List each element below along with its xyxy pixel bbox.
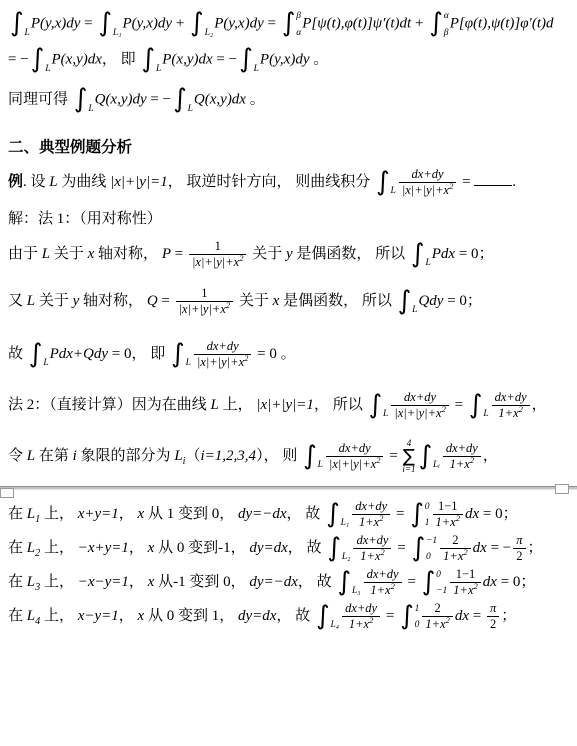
math-run: P(y,x)dy [31, 15, 81, 31]
text-run: ）， 则 [256, 448, 301, 464]
text-run: 在 [8, 608, 27, 624]
integral-limits: L [88, 86, 93, 114]
math-run: |x|+|y|=1 [256, 397, 314, 413]
integral-upper-limit [43, 343, 48, 352]
text-run: 从-1 变到 0， [154, 574, 249, 590]
integral-lower-limit: L₄ [330, 621, 339, 631]
math-upright-run: 1 [201, 286, 207, 300]
math-run: |x|+|y|+x2 [402, 183, 454, 197]
math-upright-run: = [264, 15, 280, 31]
math-upright-run: = 0 [253, 346, 276, 362]
integral-lower-limit: L [318, 461, 323, 471]
fraction-numerator: dx+dy [492, 390, 530, 405]
text-run: 从 1 变到 0， [144, 506, 238, 522]
integral: ∫L [74, 86, 94, 114]
integral: ∫L [303, 443, 323, 471]
integral-upper-limit [433, 445, 440, 454]
math-upright-run: 2 [516, 549, 522, 563]
math-run: P(x,y)dx [162, 51, 212, 67]
text-run: ， [119, 608, 138, 624]
math-run: L1 [27, 506, 40, 522]
integral-upper-limit: −1 [426, 537, 437, 547]
solution-method1-label: 解：法 1：（用对称性） [8, 210, 577, 229]
section-heading: 二、典型例题分析 [8, 138, 577, 157]
text-run: 由于 [8, 246, 42, 262]
integral: ∫L [469, 392, 489, 420]
integral-lower-limit: L₂ [205, 29, 214, 39]
math-upright-run: = 0 [443, 293, 466, 309]
integral-lower-limit: L [186, 359, 191, 369]
method1-step2: 又 L 关于 y 轴对称， Q = 1|x|+|y|+x2 关于 x 是偶函数，… [8, 286, 577, 317]
superscript: 2 [519, 404, 523, 414]
integral-limits: L₁ [341, 501, 350, 529]
integral-sign-icon: ∫ [376, 169, 390, 197]
math-run: |x|+|y|=1 [110, 174, 168, 190]
text-run: 上， [40, 608, 78, 624]
integral-lower-limit: β [444, 29, 449, 39]
integral-sign-icon: ∫ [282, 10, 296, 38]
integral-lower-limit: L [391, 187, 396, 197]
integral-lower-limit: 1 [425, 519, 430, 529]
integral-sign-icon: ∫ [368, 392, 382, 420]
math-run: Q(x,y)dx [194, 91, 246, 107]
math-run: dx+dy [367, 567, 399, 581]
math-upright-run: = − [8, 51, 29, 67]
text-run: ； [467, 293, 482, 309]
integral-upper-limit [156, 48, 161, 57]
fraction: 1|x|+|y|+x2 [189, 239, 247, 270]
integral-sign-icon: ∫ [171, 341, 185, 369]
integral-upper-limit: β [296, 12, 301, 22]
integral-sign-icon: ∫ [74, 86, 88, 114]
integral-limits: βα [296, 10, 301, 38]
text-run: 解：法 1：（用对称性） [8, 211, 162, 227]
text-run: 在 [8, 506, 27, 522]
text-run: 轴对称， [94, 246, 162, 262]
integral-limits: L₃ [352, 569, 361, 597]
math-run: dx+dy [207, 339, 239, 353]
text-run: 上， [219, 397, 257, 413]
math-run: dy=dx [238, 608, 276, 624]
method1-step1: 由于 L 关于 x 轴对称， P = 1|x|+|y|+x2 关于 y 是偶函数… [8, 239, 577, 270]
text-run: 。 [277, 346, 296, 362]
math-upright-run: = 0 [108, 346, 131, 362]
integral: ∫L [29, 341, 49, 369]
fraction: dx+dy1+x2 [443, 441, 481, 472]
fraction-denominator: |x|+|y|+x2 [391, 405, 449, 421]
integral-upper-limit [391, 171, 396, 180]
fraction-denominator: |x|+|y|+x2 [399, 182, 457, 198]
integral-lower-limit: L [412, 306, 417, 316]
integral-limits: 10 [415, 603, 420, 631]
math-run: Li [174, 448, 185, 464]
integral-sign-icon: ∫ [327, 535, 341, 563]
integral: ∫αβ [429, 10, 449, 38]
integral-sign-icon: ∫ [239, 46, 253, 74]
integral-lower-limit: L [425, 259, 430, 269]
text-run: ， [483, 448, 498, 464]
text-run: 从 0 变到-1， [154, 540, 249, 556]
fraction: dx+dy1+x2 [364, 567, 402, 598]
integral: ∫L [411, 241, 431, 269]
math-run: |x|+|y|+x2 [179, 302, 231, 316]
integral-upper-limit [254, 48, 259, 57]
math-run: P(y,x)dy [123, 15, 173, 31]
math-upright-run: = [158, 293, 174, 309]
math-run: P[ψ(t),φ(t)]ψ′(t)dt [302, 15, 411, 31]
math-upright-run: 2 [490, 617, 496, 631]
superscript: 2 [442, 404, 446, 414]
segment-L1: 在 L1 上， x+y=1， x 从 1 变到 0， dy=−dx， 故 ∫L₁… [8, 499, 577, 530]
text-run: 法 2：（直接计算）因为在曲线 [8, 397, 211, 413]
fraction: 1|x|+|y|+x2 [176, 286, 234, 317]
integral-sign-icon: ∫ [31, 46, 45, 74]
math-run: 1+x2 [443, 549, 467, 563]
integral-sign-icon: ∫ [303, 443, 317, 471]
integral: ∫L₁ [326, 501, 349, 529]
math-run: P(y,x)dy [214, 15, 264, 31]
text-run: 象限的部分为 [77, 448, 175, 464]
integral: ∫Lᵢ [418, 443, 439, 471]
text-run: 是偶函数， 所以 [293, 246, 409, 262]
math-upright-run: 2 [434, 601, 440, 615]
fraction-numerator: dx+dy [364, 567, 402, 582]
text-run: ； [528, 540, 543, 556]
math-run: Qdy [418, 293, 443, 309]
text-run: 上， [40, 506, 78, 522]
superscript: 2 [244, 353, 248, 363]
fraction-numerator: dx+dy [399, 167, 457, 182]
math-run: 1+x2 [498, 406, 522, 420]
integral: ∫L [376, 169, 396, 197]
integral-lower-limit: Lᵢ [433, 461, 440, 471]
segment-L3: 在 L3 上， −x−y=1， x 从-1 变到 0， dy=−dx， 故 ∫L… [8, 567, 577, 598]
math-run: L3 [27, 574, 40, 590]
math-run: L [49, 174, 57, 190]
math-run: L [27, 448, 35, 464]
fraction-numerator: dx+dy [326, 441, 384, 456]
math-run: x+y=1 [78, 506, 119, 522]
math-upright-run: = − [213, 51, 237, 67]
integral-upper-limit [342, 537, 351, 546]
integral-sign-icon: ∫ [411, 535, 425, 563]
fraction: dx+dy1+x2 [342, 601, 380, 632]
text-run: ， 取逆时针方向， 则曲线积分 [168, 174, 374, 190]
fraction-denominator: 1+x2 [353, 548, 391, 564]
math-run: dx+dy [355, 499, 387, 513]
math-run: dx+dy [446, 441, 478, 455]
text-run: 关于 [248, 246, 286, 262]
text-run: 在第 [35, 448, 73, 464]
integral-sign-icon: ∫ [98, 10, 112, 38]
integral-limits: L [186, 341, 191, 369]
integral-lower-limit: L₃ [352, 587, 361, 597]
fraction: dx+dy1+x2 [353, 533, 391, 564]
integral-lower-limit: L [43, 359, 48, 369]
page-boundary-line [0, 486, 577, 490]
math-upright-run: = 0 [479, 506, 502, 522]
integral-lower-limit: L [483, 410, 488, 420]
fraction-numerator: 2 [440, 533, 470, 548]
superscript: 2 [446, 615, 450, 625]
integral-lower-limit: L₁ [341, 519, 350, 529]
text-run: 轴对称， [79, 293, 147, 309]
math-run: 1+x2 [436, 515, 460, 529]
fraction-numerator: π [513, 533, 525, 548]
math-upright-run: = − [147, 91, 171, 107]
text-run: ， 即 [132, 346, 170, 362]
integral-limits: −10 [426, 535, 437, 563]
integral-lower-limit: L [25, 29, 30, 39]
integral-limits: L [188, 86, 193, 114]
integral-limits: L [43, 341, 48, 369]
text-run: 从 0 变到 1， [144, 608, 238, 624]
page-boundary-marker [0, 488, 14, 498]
math-upright-run: + [172, 15, 188, 31]
text-run: 上， [40, 540, 78, 556]
math-run: |x|+|y|+x2 [394, 406, 446, 420]
sigma-icon: ∑ [403, 448, 415, 465]
math-run: dx+dy [339, 441, 371, 455]
integral-sign-icon: ∫ [173, 86, 187, 114]
integral-limits: L₂ [205, 10, 214, 38]
fraction: 21+x2 [422, 601, 452, 632]
text-run: ， 故 [287, 506, 325, 522]
integral-limits: L [45, 46, 50, 74]
math-upright-run: = [393, 540, 409, 556]
integral-lower-limit: L [156, 65, 161, 75]
text-run: ， [129, 574, 148, 590]
integral-sign-icon: ∫ [10, 10, 24, 38]
integral: ∫L [141, 46, 161, 74]
integral-upper-limit [330, 605, 339, 614]
integral: ∫L [31, 46, 51, 74]
text-run: ， 故 [288, 540, 326, 556]
integral-upper-limit [186, 343, 191, 352]
fraction-denominator: 1+x2 [364, 582, 402, 598]
integral: ∫L₃ [337, 569, 360, 597]
integral-sign-icon: ∫ [337, 569, 351, 597]
integral-upper-limit [412, 290, 417, 299]
math-upright-run: 1 [215, 239, 221, 253]
math-upright-run: 1−1 [456, 567, 476, 581]
math-upright-run: = [392, 506, 408, 522]
fraction: dx+dy|x|+|y|+x2 [194, 339, 252, 370]
math-run: 1+x2 [425, 617, 449, 631]
fraction-numerator: dx+dy [353, 533, 391, 548]
integral-upper-limit [341, 503, 350, 512]
math-run: 1+x2 [359, 515, 383, 529]
math-upright-run: + [411, 15, 427, 31]
integral-sign-icon: ∫ [418, 443, 432, 471]
math-run: |x|+|y|+x2 [197, 355, 249, 369]
integral-sign-icon: ∫ [422, 569, 436, 597]
fraction: 21+x2 [440, 533, 470, 564]
integral-limits: L₂ [342, 535, 351, 563]
integral: ∫10 [400, 603, 419, 631]
superscript: 2 [380, 547, 384, 557]
integral-sign-icon: ∫ [316, 603, 330, 631]
superscript: 2 [369, 615, 373, 625]
integral-limits: L [425, 241, 430, 269]
integral-lower-limit: 0 [415, 621, 420, 631]
superscript: 2 [376, 455, 380, 465]
math-run: 1+x2 [453, 583, 477, 597]
fraction: π2 [487, 601, 499, 632]
fraction-denominator: 1+x2 [352, 514, 390, 530]
text-run: ； [501, 608, 516, 624]
fraction: dx+dy|x|+|y|+x2 [399, 167, 457, 198]
math-run: dx+dy [412, 167, 444, 181]
fraction-numerator: dx+dy [194, 339, 252, 354]
integral-limits: L [383, 392, 388, 420]
math-upright-run: = [404, 574, 420, 590]
math-run: −x+y=1 [78, 540, 129, 556]
integral-limits: L₄ [330, 603, 339, 631]
fraction-denominator: 1+x2 [443, 456, 481, 472]
segment-L4: 在 L4 上， x−y=1， x 从 0 变到 1， dy=dx， 故 ∫L₄d… [8, 601, 577, 632]
text-run: ， 故 [298, 574, 336, 590]
integral: ∫0−1 [422, 569, 448, 597]
math-upright-run: = 0 [455, 246, 478, 262]
math-upright-run: = [469, 608, 485, 624]
text-run: 。 [246, 91, 265, 107]
math-upright-run: 1−1 [438, 499, 458, 513]
math-run: dx+dy [356, 533, 388, 547]
page-boundary [0, 482, 577, 494]
integral-upper-limit: 1 [415, 605, 420, 615]
integral: ∫L [239, 46, 259, 74]
integral: ∫L₂ [327, 535, 350, 563]
math-run: dx+dy [345, 601, 377, 615]
summation: 4∑i=1 [402, 439, 415, 474]
integral-upper-limit [25, 12, 30, 21]
math-run: 1+x2 [349, 617, 373, 631]
text-run: 关于 [235, 293, 273, 309]
math-upright-run: = 0 [497, 574, 520, 590]
superscript: 2 [474, 581, 478, 591]
text-run: 关于 [50, 246, 88, 262]
math-upright-run: = [80, 15, 96, 31]
fraction-numerator: dx+dy [342, 601, 380, 616]
math-run: dx+dy [495, 390, 527, 404]
fraction-denominator: 2 [487, 616, 499, 632]
text-run: ， 即 [102, 51, 140, 67]
fraction-denominator: 2 [513, 548, 525, 564]
integral: ∫01 [410, 501, 429, 529]
math-run: |x|+|y|+x2 [329, 457, 381, 471]
math-run: Q(x,y)dy [95, 91, 147, 107]
math-run: |x|+|y|+x2 [192, 255, 244, 269]
superscript: 2 [239, 253, 243, 263]
math-upright-run: = [382, 608, 398, 624]
integral-lower-limit: −1 [436, 587, 447, 597]
text-run: 同理可得 [8, 91, 72, 107]
math-run: dy=−dx [238, 506, 287, 522]
integral-limits: L₁ [113, 10, 122, 38]
text-run: ， 所以 [314, 397, 367, 413]
integral: ∫L₁ [98, 10, 121, 38]
integral-sign-icon: ∫ [398, 288, 412, 316]
integral: ∫L [171, 341, 191, 369]
integral-upper-limit [318, 445, 323, 454]
method2-decompose: 令 L 在第 i 象限的部分为 Li（i=1,2,3,4）， 则 ∫Ldx+dy… [8, 439, 577, 474]
fraction-denominator: |x|+|y|+x2 [326, 456, 384, 472]
integral-lower-limit: L [188, 105, 193, 115]
math-upright-run: = [385, 448, 401, 464]
method1-conclusion: 故 ∫LPdx+Qdy = 0， 即 ∫Ldx+dy|x|+|y|+x2 = 0… [8, 339, 577, 370]
fraction-denominator: |x|+|y|+x2 [176, 301, 234, 317]
integral-lower-limit: L [88, 105, 93, 115]
integral-sign-icon: ∫ [469, 392, 483, 420]
math-run: Pdx [432, 246, 455, 262]
summation-lower-limit: i=1 [402, 465, 415, 474]
integral-lower-limit: L [383, 410, 388, 420]
integral-limits: L [254, 46, 259, 74]
integral: ∫L₄ [316, 603, 339, 631]
fraction: dx+dy1+x2 [492, 390, 530, 421]
math-run: dy=dx [249, 540, 287, 556]
integral: ∫L [10, 10, 30, 38]
integral-upper-limit [425, 243, 430, 252]
fraction: dx+dy1+x2 [352, 499, 390, 530]
integral-upper-limit: 0 [436, 571, 447, 581]
text-run: ； [520, 574, 535, 590]
math-run: −x−y=1 [78, 574, 129, 590]
derivation-line-2: = −∫LP(x,y)dx， 即 ∫LP(x,y)dx = −∫LP(y,x)d… [8, 46, 577, 74]
integral-sign-icon: ∫ [400, 603, 414, 631]
example-statement: 例. 设 L 为曲线 |x|+|y|=1， 取逆时针方向， 则曲线积分 ∫Ldx… [8, 167, 577, 198]
fraction-numerator: 1 [176, 286, 234, 301]
fraction-numerator: dx+dy [352, 499, 390, 514]
math-run: P(x,y)dx [52, 51, 102, 67]
integral-sign-icon: ∫ [429, 10, 443, 38]
integral-upper-limit [383, 394, 388, 403]
math-run: L [211, 397, 219, 413]
text-run: 是偶函数， 所以 [279, 293, 395, 309]
integral-upper-limit [88, 88, 93, 97]
fraction-numerator: dx+dy [391, 390, 449, 405]
integral-sign-icon: ∫ [29, 341, 43, 369]
math-run: 1+x2 [360, 549, 384, 563]
math-run: dx [483, 574, 497, 590]
integral-limits: L [318, 443, 323, 471]
integral-lower-limit: L [254, 65, 259, 75]
integral: ∫−10 [411, 535, 437, 563]
fraction-denominator: 1+x2 [342, 616, 380, 632]
integral-lower-limit: α [296, 29, 301, 39]
fraction-numerator: dx+dy [443, 441, 481, 456]
text-run: ， [532, 397, 547, 413]
text-run: 关于 [35, 293, 73, 309]
text-run: ， [129, 540, 148, 556]
superscript: 2 [463, 547, 467, 557]
superscript: 2 [391, 581, 395, 591]
math-run: L [42, 246, 50, 262]
integral: ∫βα [282, 10, 302, 38]
math-upright-run: . [512, 174, 516, 190]
math-run: x−y=1 [78, 608, 119, 624]
fraction: dx+dy|x|+|y|+x2 [391, 390, 449, 421]
integral: ∫L [173, 86, 193, 114]
integral-limits: αβ [444, 10, 449, 38]
text-run: 又 [8, 293, 27, 309]
integral-upper-limit [45, 48, 50, 57]
text-run: 为曲线 [58, 174, 111, 190]
integral-limits: L [412, 288, 417, 316]
math-upright-run: = [458, 174, 474, 190]
integral: ∫L [368, 392, 388, 420]
